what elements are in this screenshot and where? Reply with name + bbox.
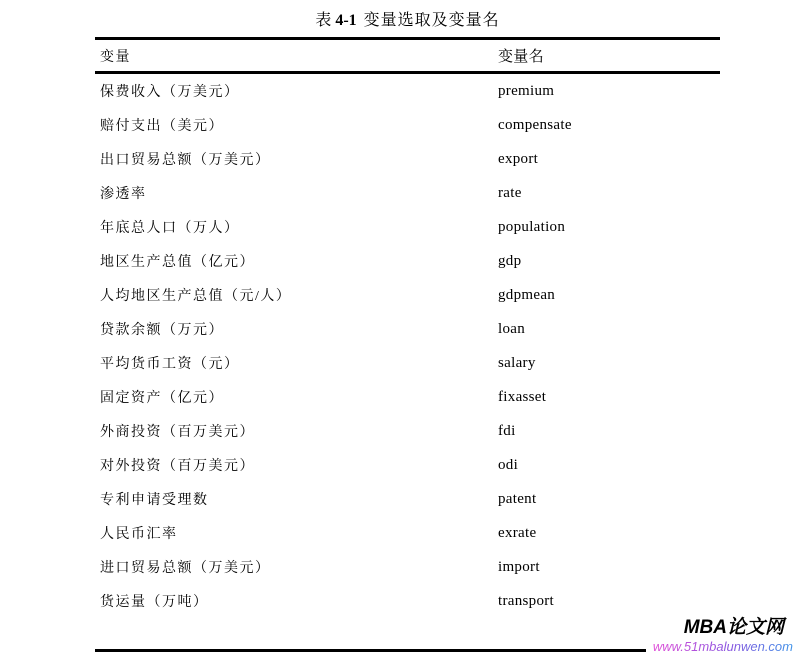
watermark: MBA论文网 www.51mbalunwen.com — [646, 616, 796, 659]
table-row: 保费收入（万美元）premium — [95, 74, 720, 108]
table-row: 赔付支出（美元）compensate — [95, 108, 720, 142]
column-header-variable-name: 变量名 — [498, 45, 720, 66]
variable-label-cn: 渗透率 — [95, 183, 498, 203]
variable-label-cn: 平均货币工资（元） — [95, 353, 498, 373]
variable-label-cn: 赔付支出（美元） — [95, 115, 498, 135]
variable-label-cn: 出口贸易总额（万美元） — [95, 149, 498, 169]
variable-label-cn: 保费收入（万美元） — [95, 81, 498, 101]
caption-number: 4-1 — [335, 12, 356, 29]
column-header-variable: 变量 — [95, 46, 498, 66]
table-row: 外商投资（百万美元）fdi — [95, 414, 720, 448]
table-row: 人民币汇率exrate — [95, 516, 720, 550]
table-row: 货运量（万吨）transport — [95, 584, 720, 618]
variable-name-en: patent — [498, 491, 720, 508]
variable-name-en: rate — [498, 185, 720, 202]
variable-name-en: fixasset — [498, 389, 720, 406]
variable-name-en: odi — [498, 457, 720, 474]
variable-name-en: fdi — [498, 423, 720, 440]
variable-label-cn: 专利申请受理数 — [95, 489, 498, 509]
variable-label-cn: 外商投资（百万美元） — [95, 421, 498, 441]
table-caption: 表4-1变量选取及变量名 — [95, 11, 720, 31]
table-row: 地区生产总值（亿元）gdp — [95, 244, 720, 278]
table-header-row: 变量 变量名 — [95, 40, 720, 74]
variable-label-cn: 进口贸易总额（万美元） — [95, 557, 498, 577]
variable-name-en: compensate — [498, 117, 720, 134]
table-row: 人均地区生产总值（元/人）gdpmean — [95, 278, 720, 312]
variable-name-en: exrate — [498, 525, 720, 542]
variable-name-en: import — [498, 559, 720, 576]
table-row: 年底总人口（万人）population — [95, 210, 720, 244]
variable-label-cn: 人均地区生产总值（元/人） — [95, 285, 498, 305]
variable-name-en: gdp — [498, 253, 720, 270]
table-row: 进口贸易总额（万美元）import — [95, 550, 720, 584]
variable-label-cn: 年底总人口（万人） — [95, 217, 498, 237]
table-row: 平均货币工资（元）salary — [95, 346, 720, 380]
table-body: 保费收入（万美元）premium赔付支出（美元）compensate出口贸易总额… — [95, 74, 720, 652]
variable-label-cn: 贷款余额（万元） — [95, 319, 498, 339]
table-row: 对外投资（百万美元）odi — [95, 448, 720, 482]
variables-table: 变量 变量名 保费收入（万美元）premium赔付支出（美元）compensat… — [95, 37, 720, 652]
table-row: 出口贸易总额（万美元）export — [95, 142, 720, 176]
document-page: 表4-1变量选取及变量名 变量 变量名 保费收入（万美元）premium赔付支出… — [0, 0, 796, 659]
table-row: 固定资产（亿元）fixasset — [95, 380, 720, 414]
variable-label-cn: 地区生产总值（亿元） — [95, 251, 498, 271]
variable-name-en: transport — [498, 593, 720, 610]
variable-label-cn: 人民币汇率 — [95, 523, 498, 543]
watermark-url: www.51mbalunwen.com — [652, 639, 793, 654]
table-row: 专利申请受理数patent — [95, 482, 720, 516]
variable-name-en: salary — [498, 355, 720, 372]
variable-name-en: population — [498, 219, 720, 236]
variable-label-cn: 货运量（万吨） — [95, 591, 498, 611]
variable-label-cn: 对外投资（百万美元） — [95, 455, 498, 475]
caption-prefix: 表 — [315, 12, 331, 29]
variable-name-en: gdpmean — [498, 287, 720, 304]
table-row: 渗透率rate — [95, 176, 720, 210]
caption-text: 变量选取及变量名 — [364, 12, 500, 29]
variable-name-en: premium — [498, 83, 720, 100]
table-row: 贷款余额（万元）loan — [95, 312, 720, 346]
variable-name-en: export — [498, 151, 720, 168]
variable-name-en: loan — [498, 321, 720, 338]
watermark-logo: MBA论文网 — [652, 616, 793, 639]
variable-label-cn: 固定资产（亿元） — [95, 387, 498, 407]
